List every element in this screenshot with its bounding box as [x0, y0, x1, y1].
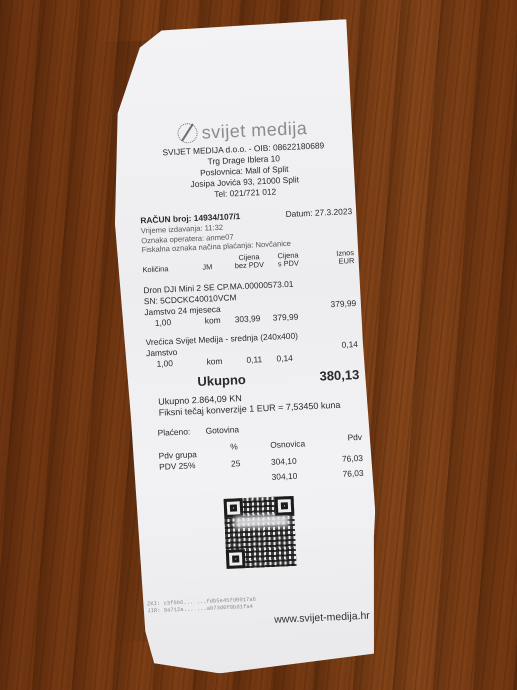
- line-item: Vrećica Svijet Medija - srednja (240x400…: [145, 328, 358, 370]
- total-value: 380,13: [319, 369, 359, 382]
- col-price-gross: Cijena s PDV: [268, 251, 309, 270]
- receipt-content: svijet medija SVIJET MEDIJA d.o.o. - OIB…: [136, 113, 370, 630]
- total-row: Ukupno 380,13: [147, 369, 359, 389]
- receipt: svijet medija SVIJET MEDIJA d.o.o. - OIB…: [104, 19, 382, 677]
- col-price-net: Cijena bez PDV: [230, 252, 269, 271]
- logo-text: svijet medija: [202, 122, 308, 138]
- qr-redaction: [234, 514, 288, 528]
- paid-label: Plaćeno:: [157, 425, 205, 438]
- paid-value: Gotovina: [205, 424, 239, 436]
- item-amount: 0,14: [341, 339, 358, 351]
- col-unit: JM: [192, 254, 231, 273]
- tax-table: Pdv grupa % Osnovica Pdv PDV 25% 25 304,…: [150, 432, 364, 488]
- item-amount: 379,99: [330, 298, 356, 310]
- total-label: Ukupno: [197, 374, 246, 387]
- logo-mark-icon: [177, 123, 198, 144]
- col-qty: Količina: [142, 256, 193, 275]
- qr-code: [224, 496, 297, 569]
- col-amount: Iznos EUR: [308, 249, 355, 268]
- website: www.svijet-medija.hr: [158, 610, 370, 630]
- line-item: Dron DJI Mini 2 SE CP.MA.00000573.01 SN:…: [143, 276, 357, 329]
- qr-finder: [226, 549, 246, 569]
